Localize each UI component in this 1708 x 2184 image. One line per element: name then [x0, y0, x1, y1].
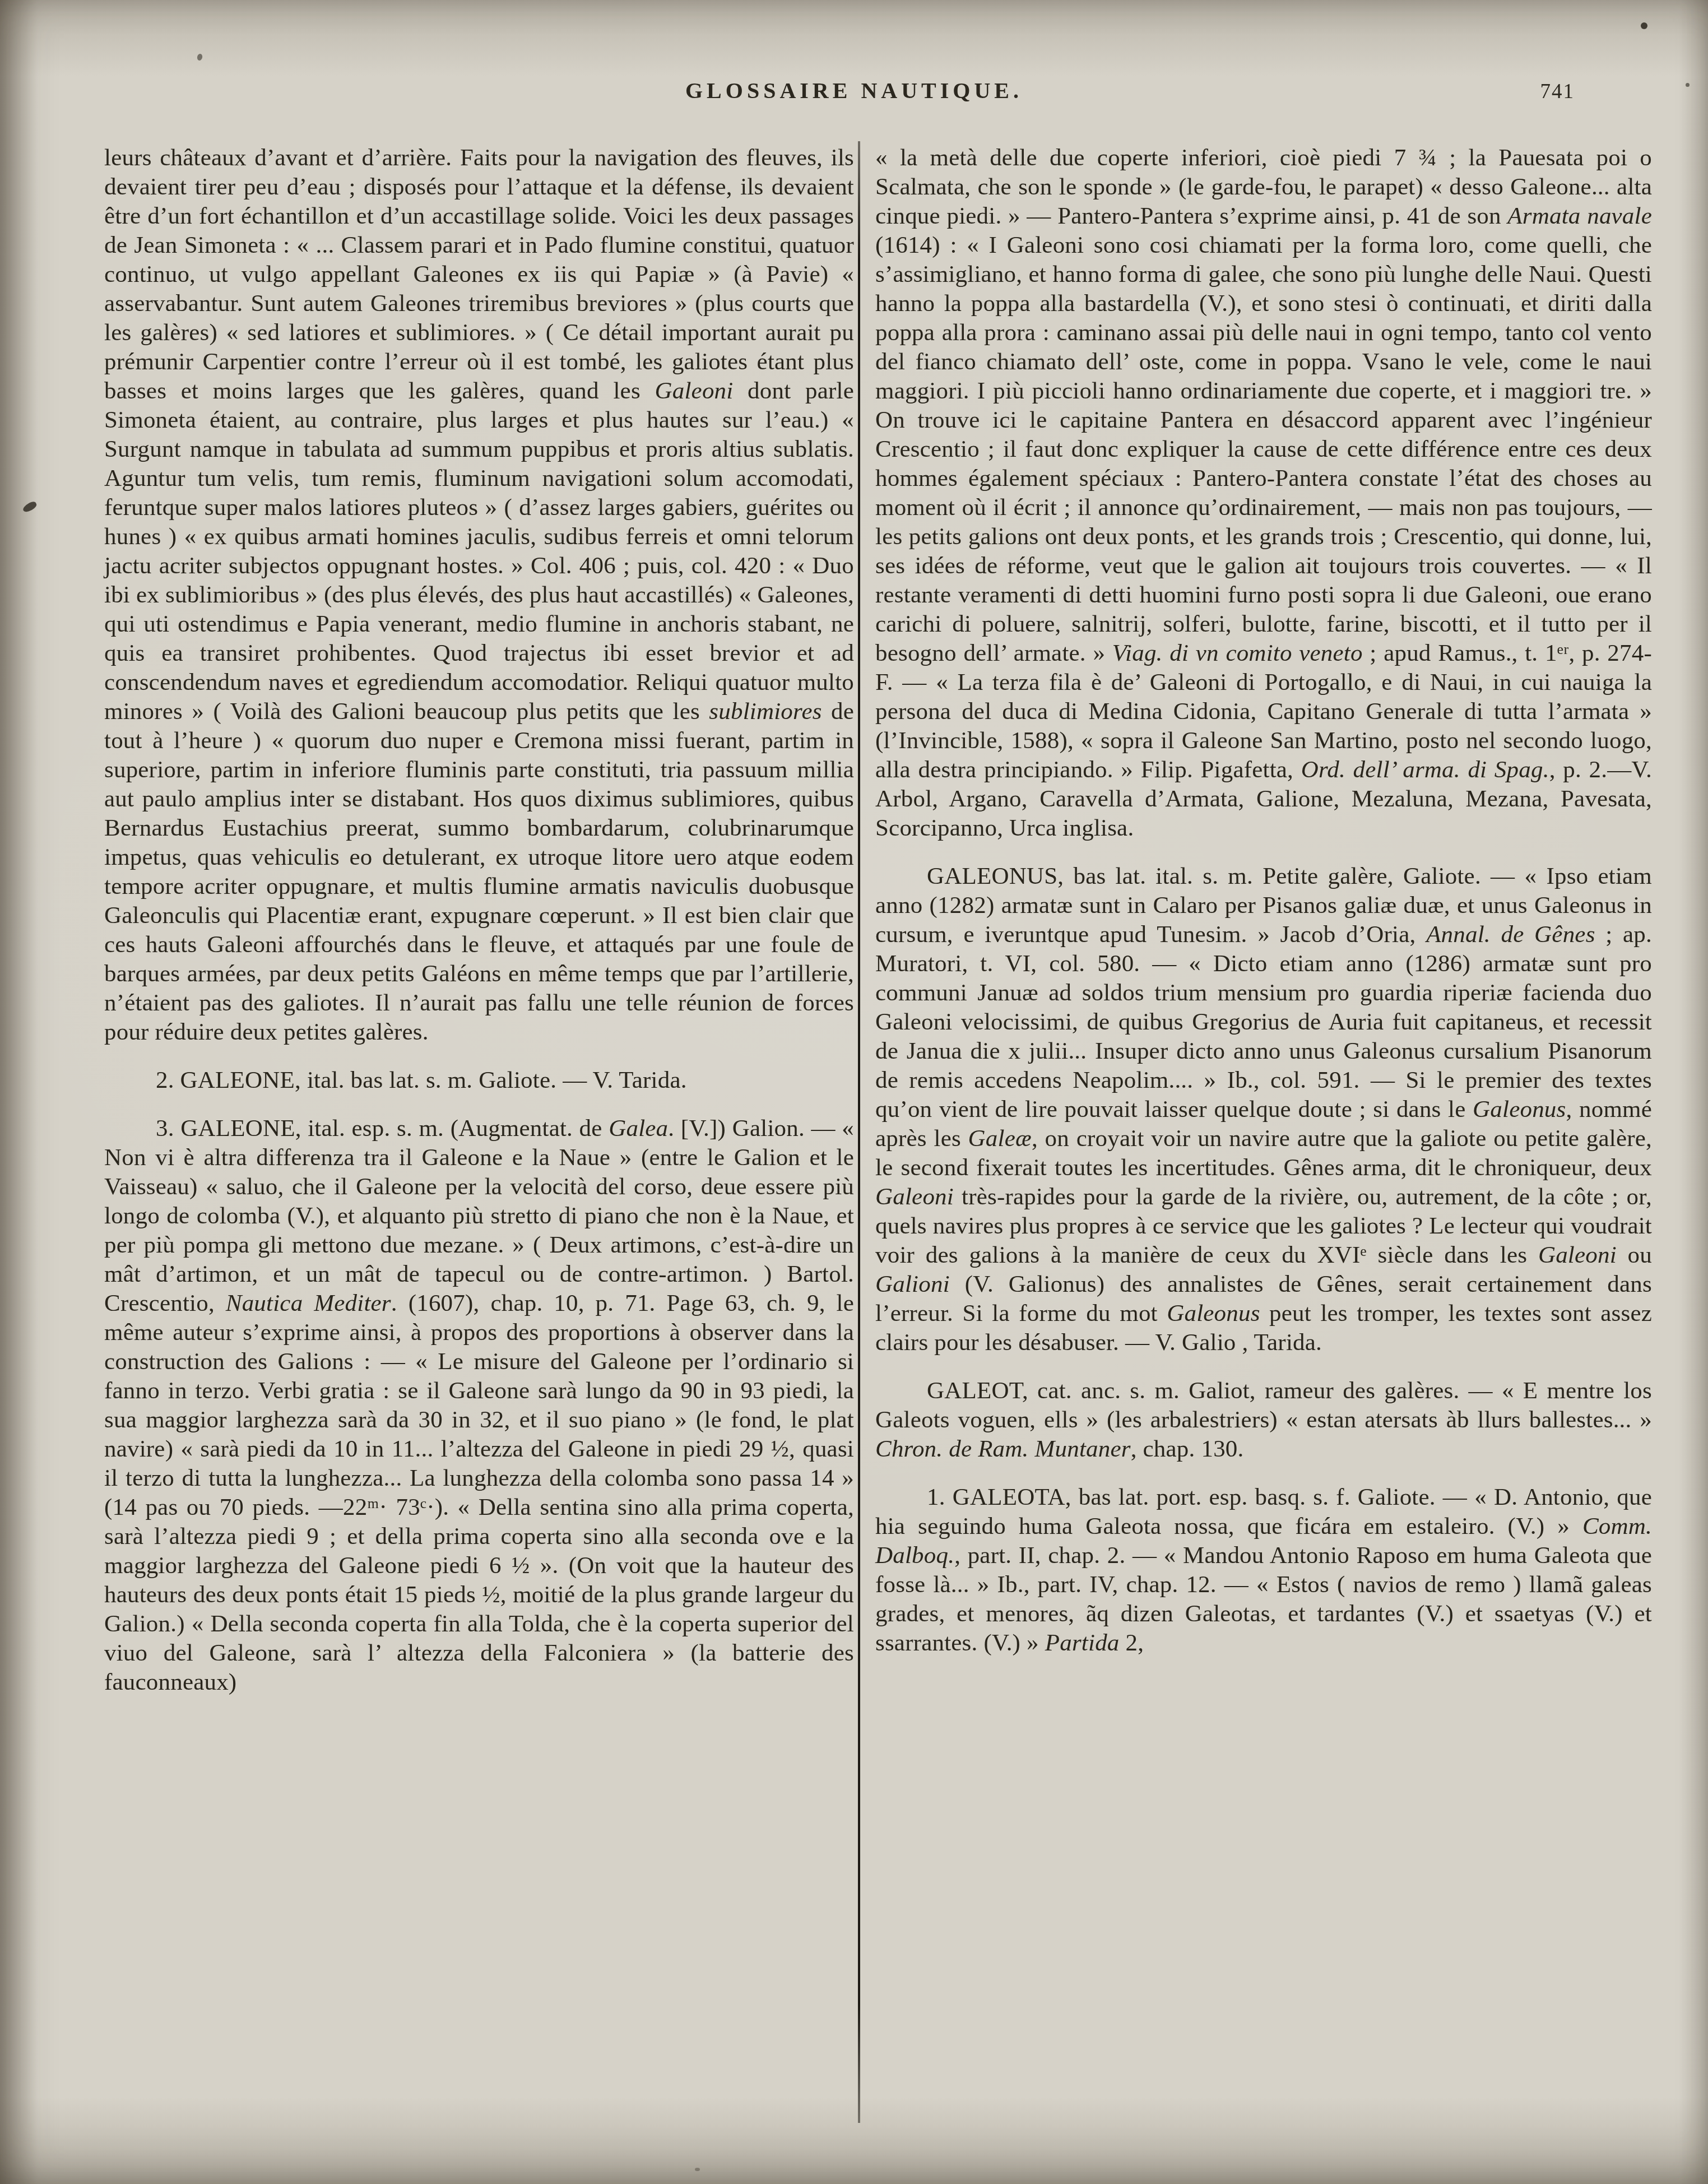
right-column: « la metà delle due coperte inferiori, c…	[875, 143, 1652, 1658]
entry-galeota-1: 1. GALEOTA, bas lat. port. esp. basq. s.…	[875, 1483, 1652, 1658]
scan-speck	[21, 500, 38, 514]
paragraph-continuation: « la metà delle due coperte inferiori, c…	[875, 143, 1652, 843]
entry-galeone-3: 3. GALEONE, ital. esp. s. m. (Augmentat.…	[104, 1114, 854, 1697]
page-header: GLOSSAIRE NAUTIQUE. 741	[0, 77, 1708, 117]
scan-speck	[1641, 22, 1647, 29]
entry-galeonus: GALEONUS, bas lat. ital. s. m. Petite ga…	[875, 862, 1652, 1357]
page-number: 741	[1540, 80, 1575, 104]
book-page-scan: GLOSSAIRE NAUTIQUE. 741 leurs châteaux d…	[0, 0, 1708, 2184]
left-column: leurs châteaux d’avant et d’arrière. Fai…	[104, 143, 854, 1697]
column-divider-rule	[858, 141, 860, 2123]
paragraph-continuation: leurs châteaux d’avant et d’arrière. Fai…	[104, 143, 854, 1047]
scan-speck	[197, 53, 203, 61]
scan-speck	[695, 2168, 700, 2171]
entry-galeone-2: 2. GALEONE, ital. bas lat. s. m. Galiote…	[104, 1066, 854, 1095]
running-title: GLOSSAIRE NAUTIQUE.	[0, 77, 1708, 104]
scan-speck	[1686, 83, 1690, 87]
entry-galeot: GALEOT, cat. anc. s. m. Galiot, rameur d…	[875, 1376, 1652, 1464]
